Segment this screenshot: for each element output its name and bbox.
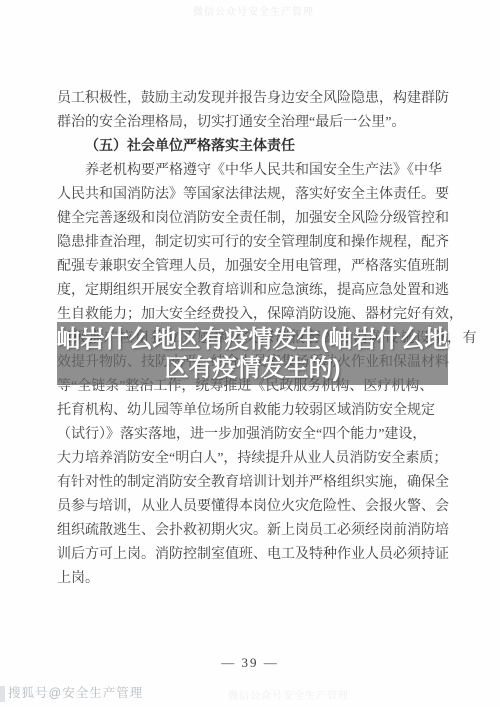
body-line: 训后方可上岗。消防控制室值班、电工及特种作业人员必须持证 [57, 543, 449, 567]
body-line: （试行）》落实落地，进一步加强消防安全“四个能力”建设， [57, 423, 449, 447]
body-line: （五）社会单位严格落实主体责任 [57, 135, 449, 159]
overlay-title-line2: 区有疫情发生的) [165, 354, 341, 383]
body-line: 组织疏散逃生、会扑救初期火灾。新上岗员工必须经岗前消防培 [57, 519, 449, 543]
body-line: 群治的安全治理格局，切实打通安全治理“最后一公里”。 [57, 111, 449, 135]
body-line: 养老机构要严格遵守《中华人民共和国安全生产法》《中华 [57, 159, 449, 183]
watermark-top: 微信公众号安全生产管理 [193, 3, 314, 18]
body-line: 人民共和国消防法》等国家法律法规，落实好安全主体责任。要 [57, 183, 449, 207]
body-line: 配强专兼职安全管理人员，加强安全用电管理，严格落实值班制 [57, 255, 449, 279]
obscured-line-visible-tail: ，有 [447, 331, 478, 346]
footer-source: 搜狐号@安全生产管理 [8, 683, 143, 701]
overlay-title-line1: 岫岩什么地区有疫情发生(岫岩什么地 [57, 325, 449, 354]
document-page: 微信公众号安全生产管理 员工积极性，鼓励主动发现并报告身边安全风险隐患，构建群防… [0, 0, 500, 707]
body-line: 度，定期组织开展安全教育培训和应急演练，提高应急处置和逃 [57, 279, 449, 303]
page-number: — 39 — [0, 655, 500, 671]
body-line: 上岗。 [57, 567, 449, 591]
overlay-banner: 岫岩什么地区有疫情发生(岫岩什么地 区有疫情发生的) [57, 322, 448, 385]
body-line: 健全完善逐级和岗位消防安全责任制，加强安全风险分级管控和 [57, 207, 449, 231]
body-line: 托育机构、幼儿园等单位场所自救能力较弱区域消防安全规定 [57, 399, 449, 423]
body-line: 有针对性的制定消防安全教育培训计划并严格组织实施，确保全 [57, 471, 449, 495]
body-line: 员工积极性，鼓励主动发现并报告身边安全风险隐患，构建群防 [57, 87, 449, 111]
body-line: 隐患排查治理，制定切实可行的安全管理制度和操作规程，配齐 [57, 231, 449, 255]
scan-edge-artifact [0, 686, 5, 702]
body-line: 大力培养消防安全“明白人”，持续提升从业人员消防安全素质； [57, 447, 449, 471]
body-line: 员参与培训，从业人员要懂得本岗位火灾危险性、会报火警、会 [57, 495, 449, 519]
watermark-bottom: 微信公众号安全生产管理 [228, 687, 349, 702]
